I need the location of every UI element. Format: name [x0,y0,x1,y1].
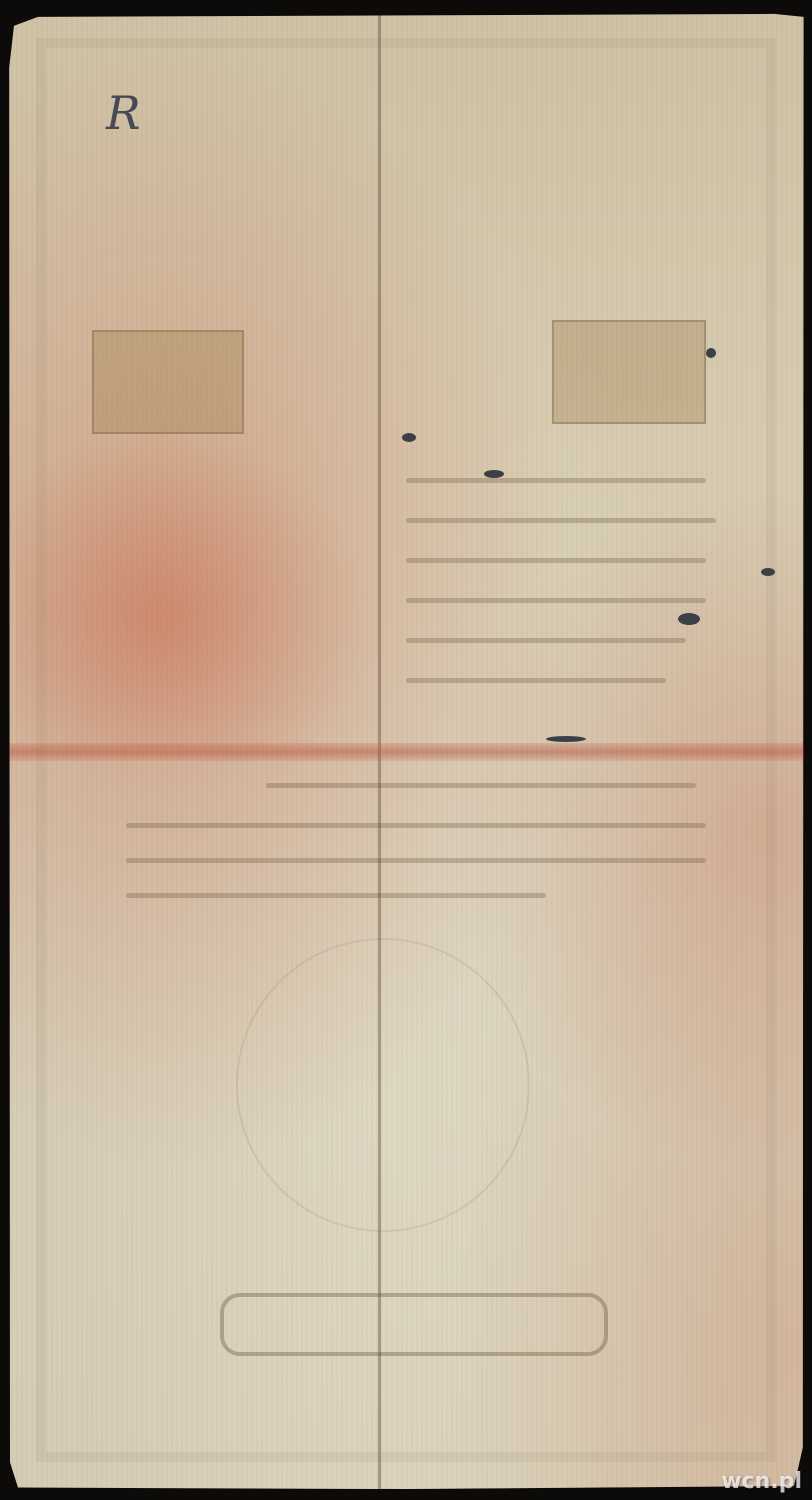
ink-spot [761,568,775,576]
numbering-cartouche [220,1293,608,1356]
ink-spot [546,736,586,742]
left-print-panel [92,330,244,434]
bleed-text-line [126,823,706,828]
bleed-text-line [266,783,696,788]
handwritten-mark: R [106,86,141,140]
red-stain [16,428,376,748]
bleed-text-line [406,478,706,483]
banknote: R [6,8,806,1492]
ink-spot [678,613,700,625]
seal-outline [236,938,530,1232]
horizontal-fold [6,743,806,761]
site-watermark: wcn.pl [721,1469,802,1494]
right-print-panel [552,320,706,424]
bleed-text-line [406,638,686,643]
bleed-text-line [126,858,706,863]
bleed-text-line [126,893,546,898]
bleed-text-line [406,518,716,523]
ink-spot [402,433,416,442]
ink-spot [706,348,716,358]
bleed-text-line [406,598,706,603]
bleed-text-line [406,558,706,563]
bleed-text-line [406,678,666,683]
ink-spot [484,470,504,478]
